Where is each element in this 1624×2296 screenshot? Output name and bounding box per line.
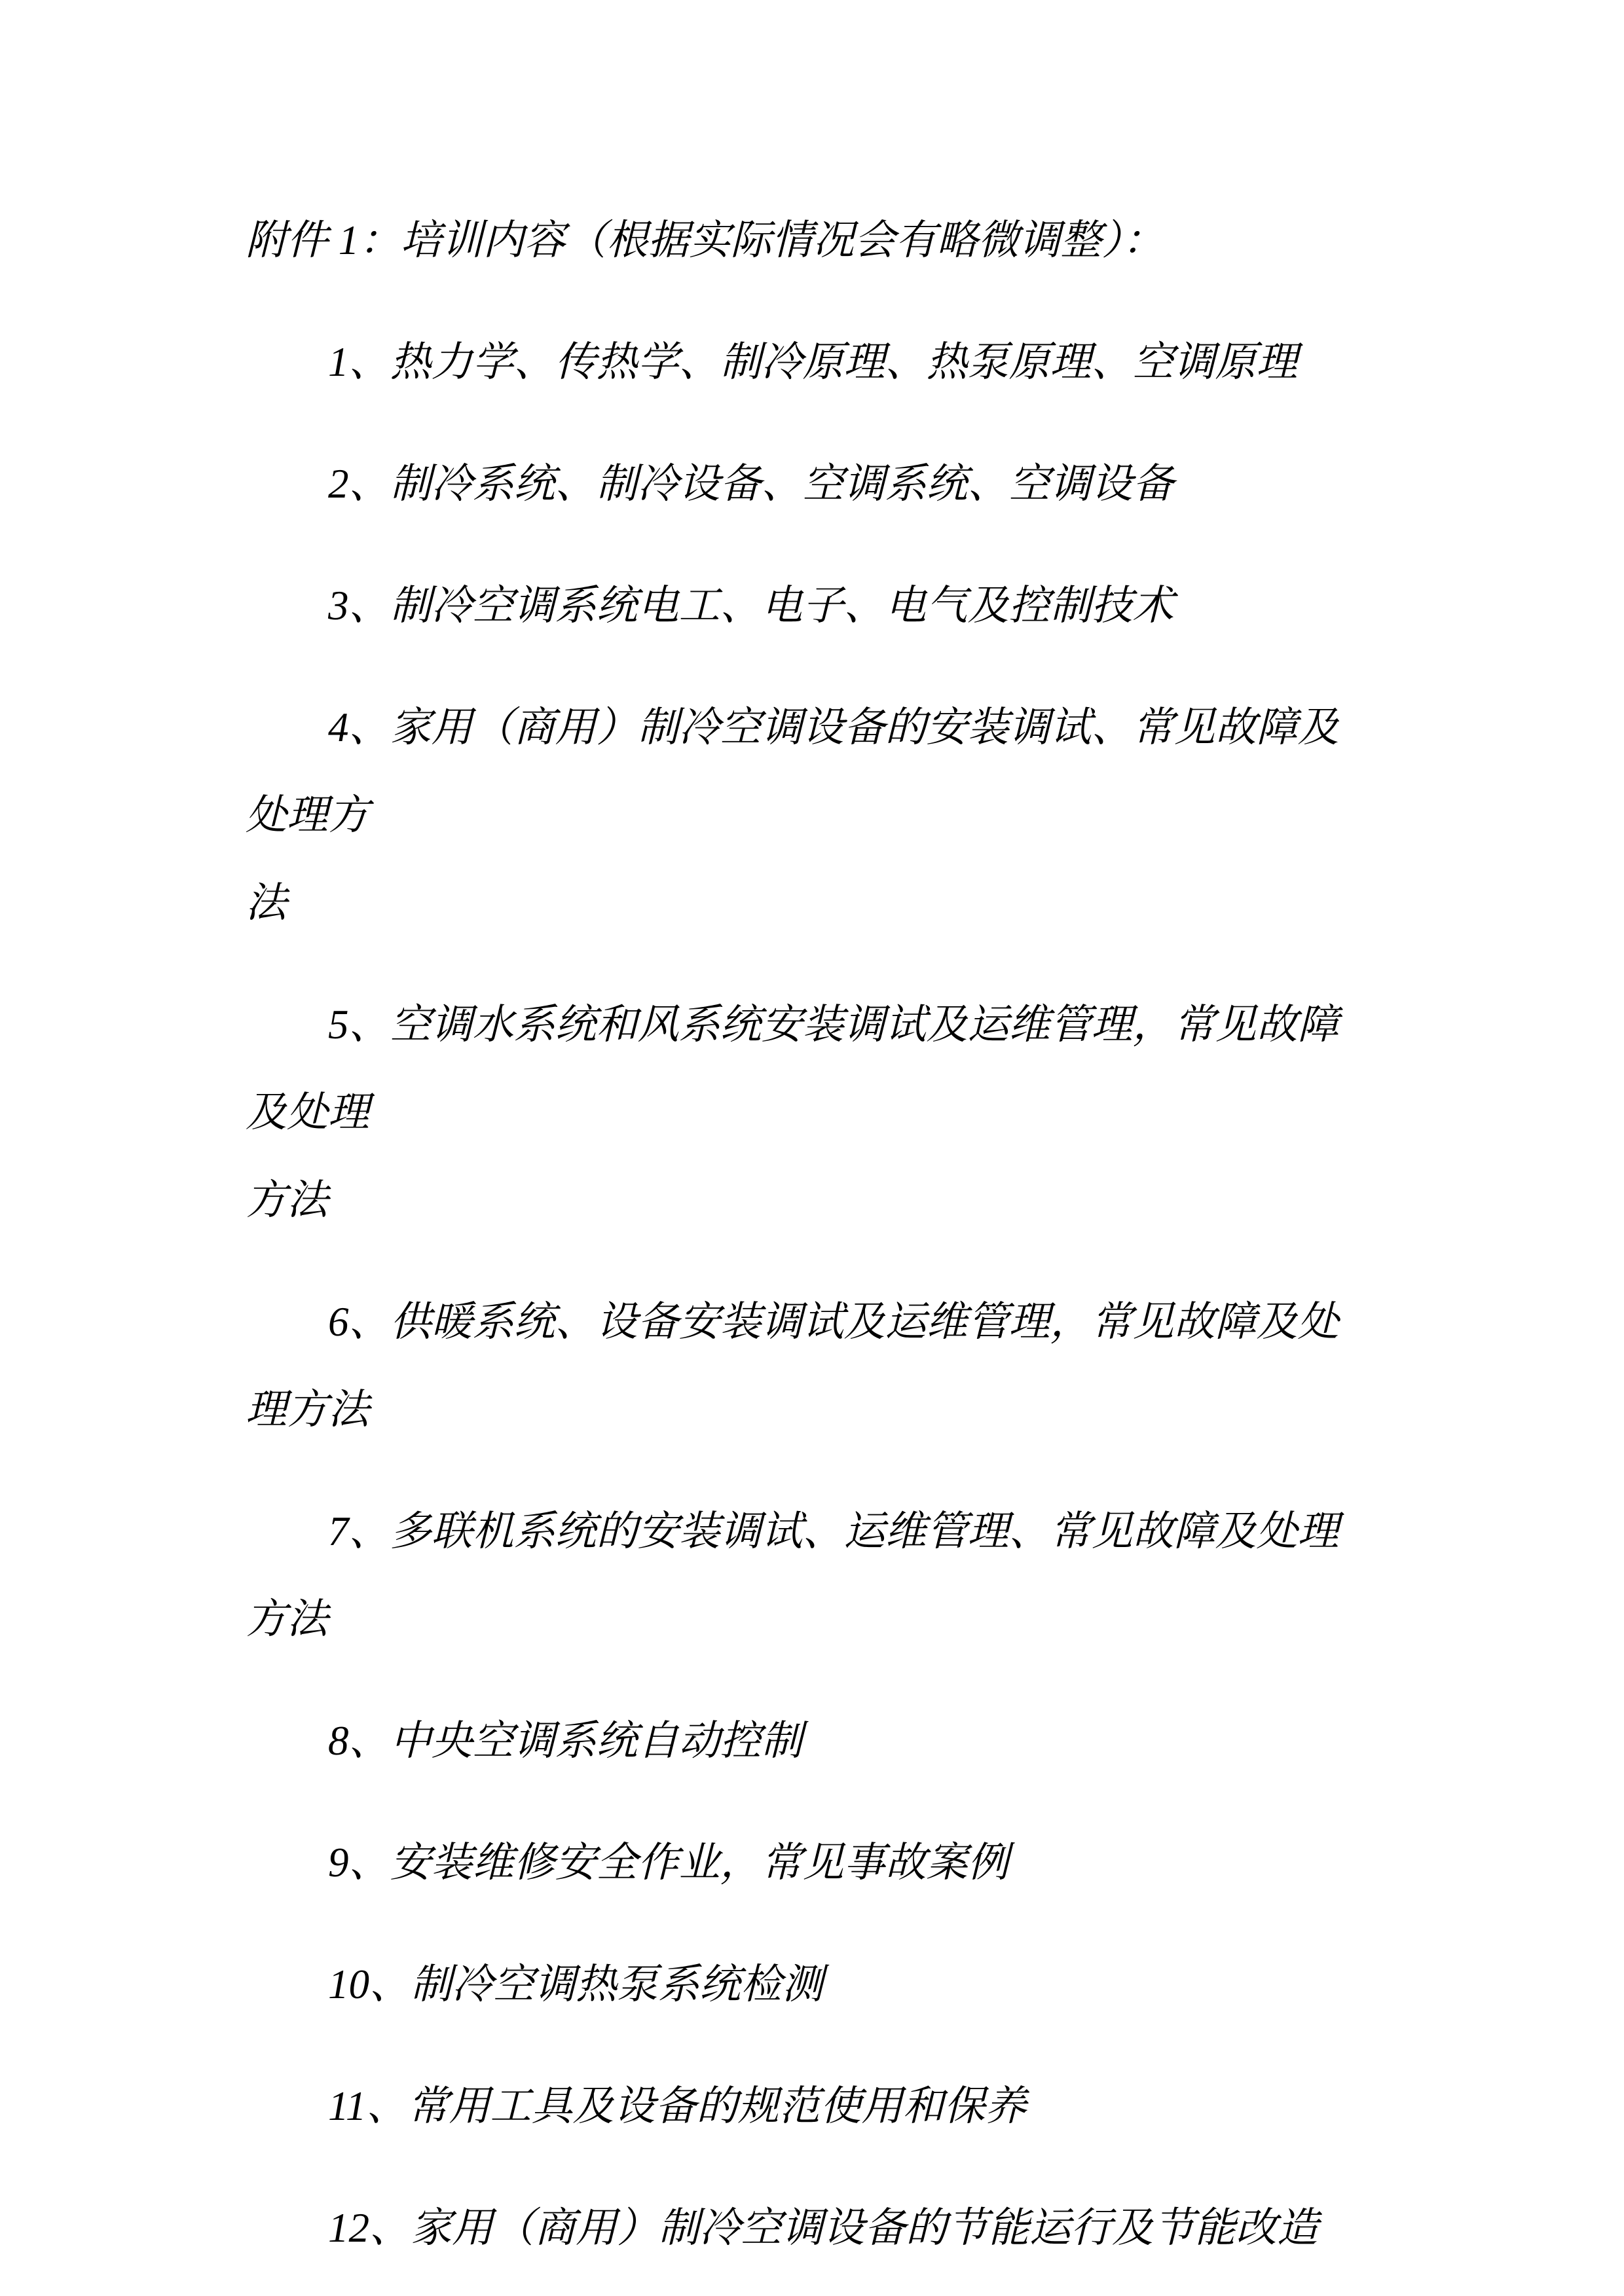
list-item: 9、安装维修安全作业，常见事故案例 bbox=[246, 1819, 1378, 1906]
list-item: 1、热力学、传热学、制冷原理、热泵原理、空调原理 bbox=[246, 318, 1378, 406]
list-item-line: 6、供暖系统、设备安装调试及运维管理，常见故障及处理方法 bbox=[246, 1278, 1378, 1453]
list-item: 4、家用（商用）制冷空调设备的安装调试、常见故障及处理方法 bbox=[246, 683, 1378, 947]
list-item: 6、供暖系统、设备安装调试及运维管理，常见故障及处理方法 bbox=[246, 1278, 1378, 1453]
list-item: 2、制冷系统、制冷设备、空调系统、空调设备 bbox=[246, 440, 1378, 528]
list-item: 10、制冷空调热泵系统检测 bbox=[246, 1941, 1378, 2028]
list-item-line: 4、家用（商用）制冷空调设备的安装调试、常见故障及处理方 bbox=[246, 683, 1378, 859]
list-item-line: 1、热力学、传热学、制冷原理、热泵原理、空调原理 bbox=[246, 318, 1378, 406]
list-item-line: 方法 bbox=[246, 1156, 1378, 1244]
list-item-line: 9、安装维修安全作业，常见事故案例 bbox=[246, 1819, 1378, 1906]
list-item: 5、空调水系统和风系统安装调试及运维管理，常见故障及处理方法 bbox=[246, 981, 1378, 1244]
list-item-line: 12、家用（商用）制冷空调设备的节能运行及节能改造 bbox=[246, 2184, 1378, 2272]
list-item-line: 10、制冷空调热泵系统检测 bbox=[246, 1941, 1378, 2028]
list-item: 7、多联机系统的安装调试、运维管理、常见故障及处理方法 bbox=[246, 1487, 1378, 1663]
list-item-line: 8、中央空调系统自动控制 bbox=[246, 1697, 1378, 1785]
list-item-line: 3、制冷空调系统电工、电子、电气及控制技术 bbox=[246, 562, 1378, 649]
list-item: 8、中央空调系统自动控制 bbox=[246, 1697, 1378, 1785]
list-item: 12、家用（商用）制冷空调设备的节能运行及节能改造 bbox=[246, 2184, 1378, 2272]
list-item-line: 5、空调水系统和风系统安装调试及运维管理，常见故障及处理 bbox=[246, 981, 1378, 1156]
list-item-line: 法 bbox=[246, 859, 1378, 947]
training-content-list: 1、热力学、传热学、制冷原理、热泵原理、空调原理2、制冷系统、制冷设备、空调系统… bbox=[246, 318, 1378, 2272]
document-page: 附件 1：培训内容（根据实际情况会有略微调整）： 1、热力学、传热学、制冷原理、… bbox=[0, 0, 1624, 2296]
list-item-line: 11、常用工具及设备的规范使用和保养 bbox=[246, 2062, 1378, 2150]
list-item: 3、制冷空调系统电工、电子、电气及控制技术 bbox=[246, 562, 1378, 649]
list-item: 11、常用工具及设备的规范使用和保养 bbox=[246, 2062, 1378, 2150]
list-item-line: 7、多联机系统的安装调试、运维管理、常见故障及处理方法 bbox=[246, 1487, 1378, 1663]
page-title: 附件 1：培训内容（根据实际情况会有略微调整）： bbox=[246, 196, 1378, 284]
list-item-line: 2、制冷系统、制冷设备、空调系统、空调设备 bbox=[246, 440, 1378, 528]
